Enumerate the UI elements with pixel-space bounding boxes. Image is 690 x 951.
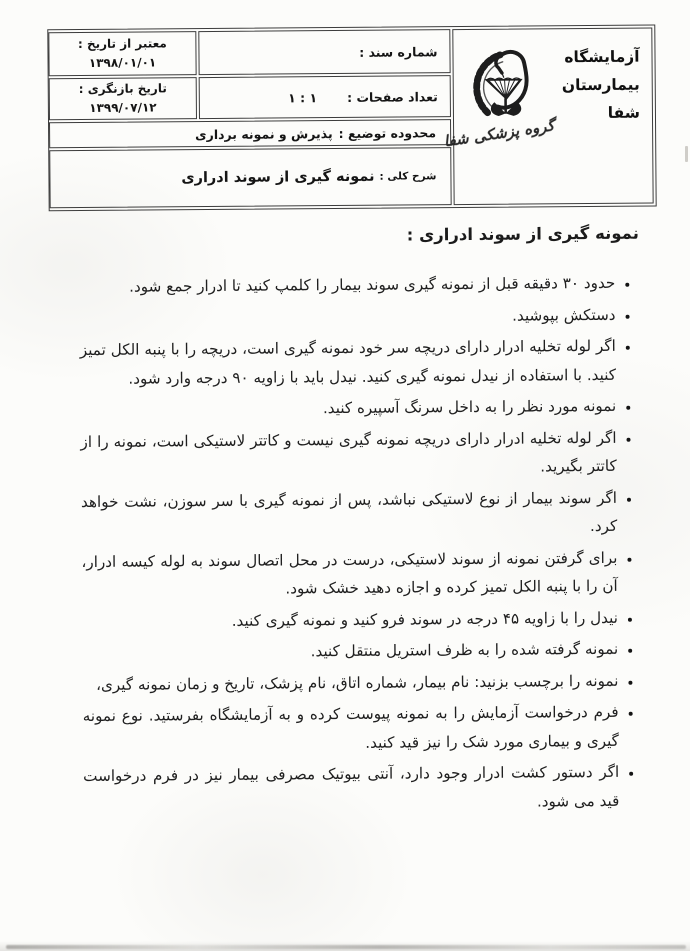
distribution-scope-value: پذیرش و نمونه برداری (195, 126, 333, 142)
procedure-step-3: اگر لوله تخلیه ادرار دارای دریچه سر خود … (80, 332, 616, 393)
org-name-line-1: آزمایشگاه (561, 43, 639, 72)
general-description-label: شرح کلی : (379, 170, 436, 182)
general-description-cell: شرح کلی : نمونه گیری از سوند ادراری (49, 147, 451, 208)
scan-content: آزمایشگاه بیمارستان شفا (0, 0, 690, 951)
distribution-scope-cell: محدوده توضیع : پذیرش و نمونه برداری (49, 119, 451, 148)
page-count-cell: تعداد صفحات : ۱ : ۱ (199, 75, 451, 119)
procedure-step-2: دستکش بپوشید. (79, 300, 615, 333)
doc-number-cell: شماره سند : (198, 29, 450, 75)
procedure-list: حدود ۳۰ دقیقه قبل از نمونه گیری سوند بیم… (79, 269, 645, 819)
medical-emblem-icon (458, 43, 551, 130)
org-name: آزمایشگاه بیمارستان شفا (561, 43, 640, 128)
page-count-value: ۱ : ۱ (288, 90, 317, 105)
procedure-step-11: فرم درخواست آزمایش را به نمونه پیوست کرد… (83, 698, 619, 759)
procedure-step-9: نمونه گرفته شده را به ظرف استریل منتقل ک… (82, 635, 618, 668)
procedure-step-8: نیدل را با زاویه ۴۵ درجه در سوند فرو کنی… (82, 603, 618, 636)
general-description-value: نمونه گیری از سوند ادراری (181, 169, 374, 187)
procedure-step-6: اگر سوند بیمار از نوع لاستیکی نباشد، پس … (81, 483, 617, 544)
procedure-step-1: حدود ۳۰ دقیقه قبل از نمونه گیری سوند بیم… (79, 269, 615, 302)
procedure-step-4: نمونه مورد نظر را به داخل سرنگ آسپیره کن… (80, 392, 616, 425)
organization-cell: آزمایشگاه بیمارستان شفا (452, 28, 653, 206)
scan-bottom-edge-line (6, 945, 686, 949)
org-name-line-2: بیمارستان (562, 71, 640, 100)
org-name-line-3: شفا (562, 99, 640, 128)
valid-from-label: معتبر از تاریخ : (78, 34, 167, 54)
valid-from-date: ۱۳۹۸/۰۱/۰۱ (89, 53, 157, 73)
procedure-step-7: برای گرفتن نمونه از سوند لاستیکی، درست د… (81, 543, 617, 604)
page-count-label: تعداد صفحات : (347, 89, 438, 105)
scanned-procedure-document: { "page": { "header": { "org": { "name_l… (0, 0, 690, 951)
procedure-step-10: نمونه را برچسب بزنید: نام بیمار، شماره ا… (82, 666, 618, 699)
document-body: نمونه گیری از سوند ادراری : حدود ۳۰ دقیق… (79, 224, 646, 822)
procedure-step-12: اگر دستور کشت ادرار وجود دارد، آنتی بیوت… (83, 758, 619, 819)
logo-block: گروه پزشکی شفا (452, 43, 557, 148)
revision-date-value: ۱۳۹۹/۰۷/۱۲ (89, 98, 157, 118)
document-title: نمونه گیری از سوند ادراری : (79, 224, 639, 247)
doc-number-label: شماره سند : (359, 44, 437, 60)
procedure-step-5: اگر لوله تخلیه ادرار دارای دریچه نمونه گ… (80, 423, 616, 484)
revision-date-label: تاریخ بازنگری : (79, 79, 167, 99)
scan-edge-artifact (685, 146, 688, 162)
revision-date-cell: تاریخ بازنگری : ۱۳۹۹/۰۷/۱۲ (49, 77, 197, 120)
distribution-scope-label: محدوده توضیع : (339, 125, 437, 141)
header-table: آزمایشگاه بیمارستان شفا (47, 25, 656, 212)
valid-from-cell: معتبر از تاریخ : ۱۳۹۸/۰۱/۰۱ (48, 31, 196, 76)
